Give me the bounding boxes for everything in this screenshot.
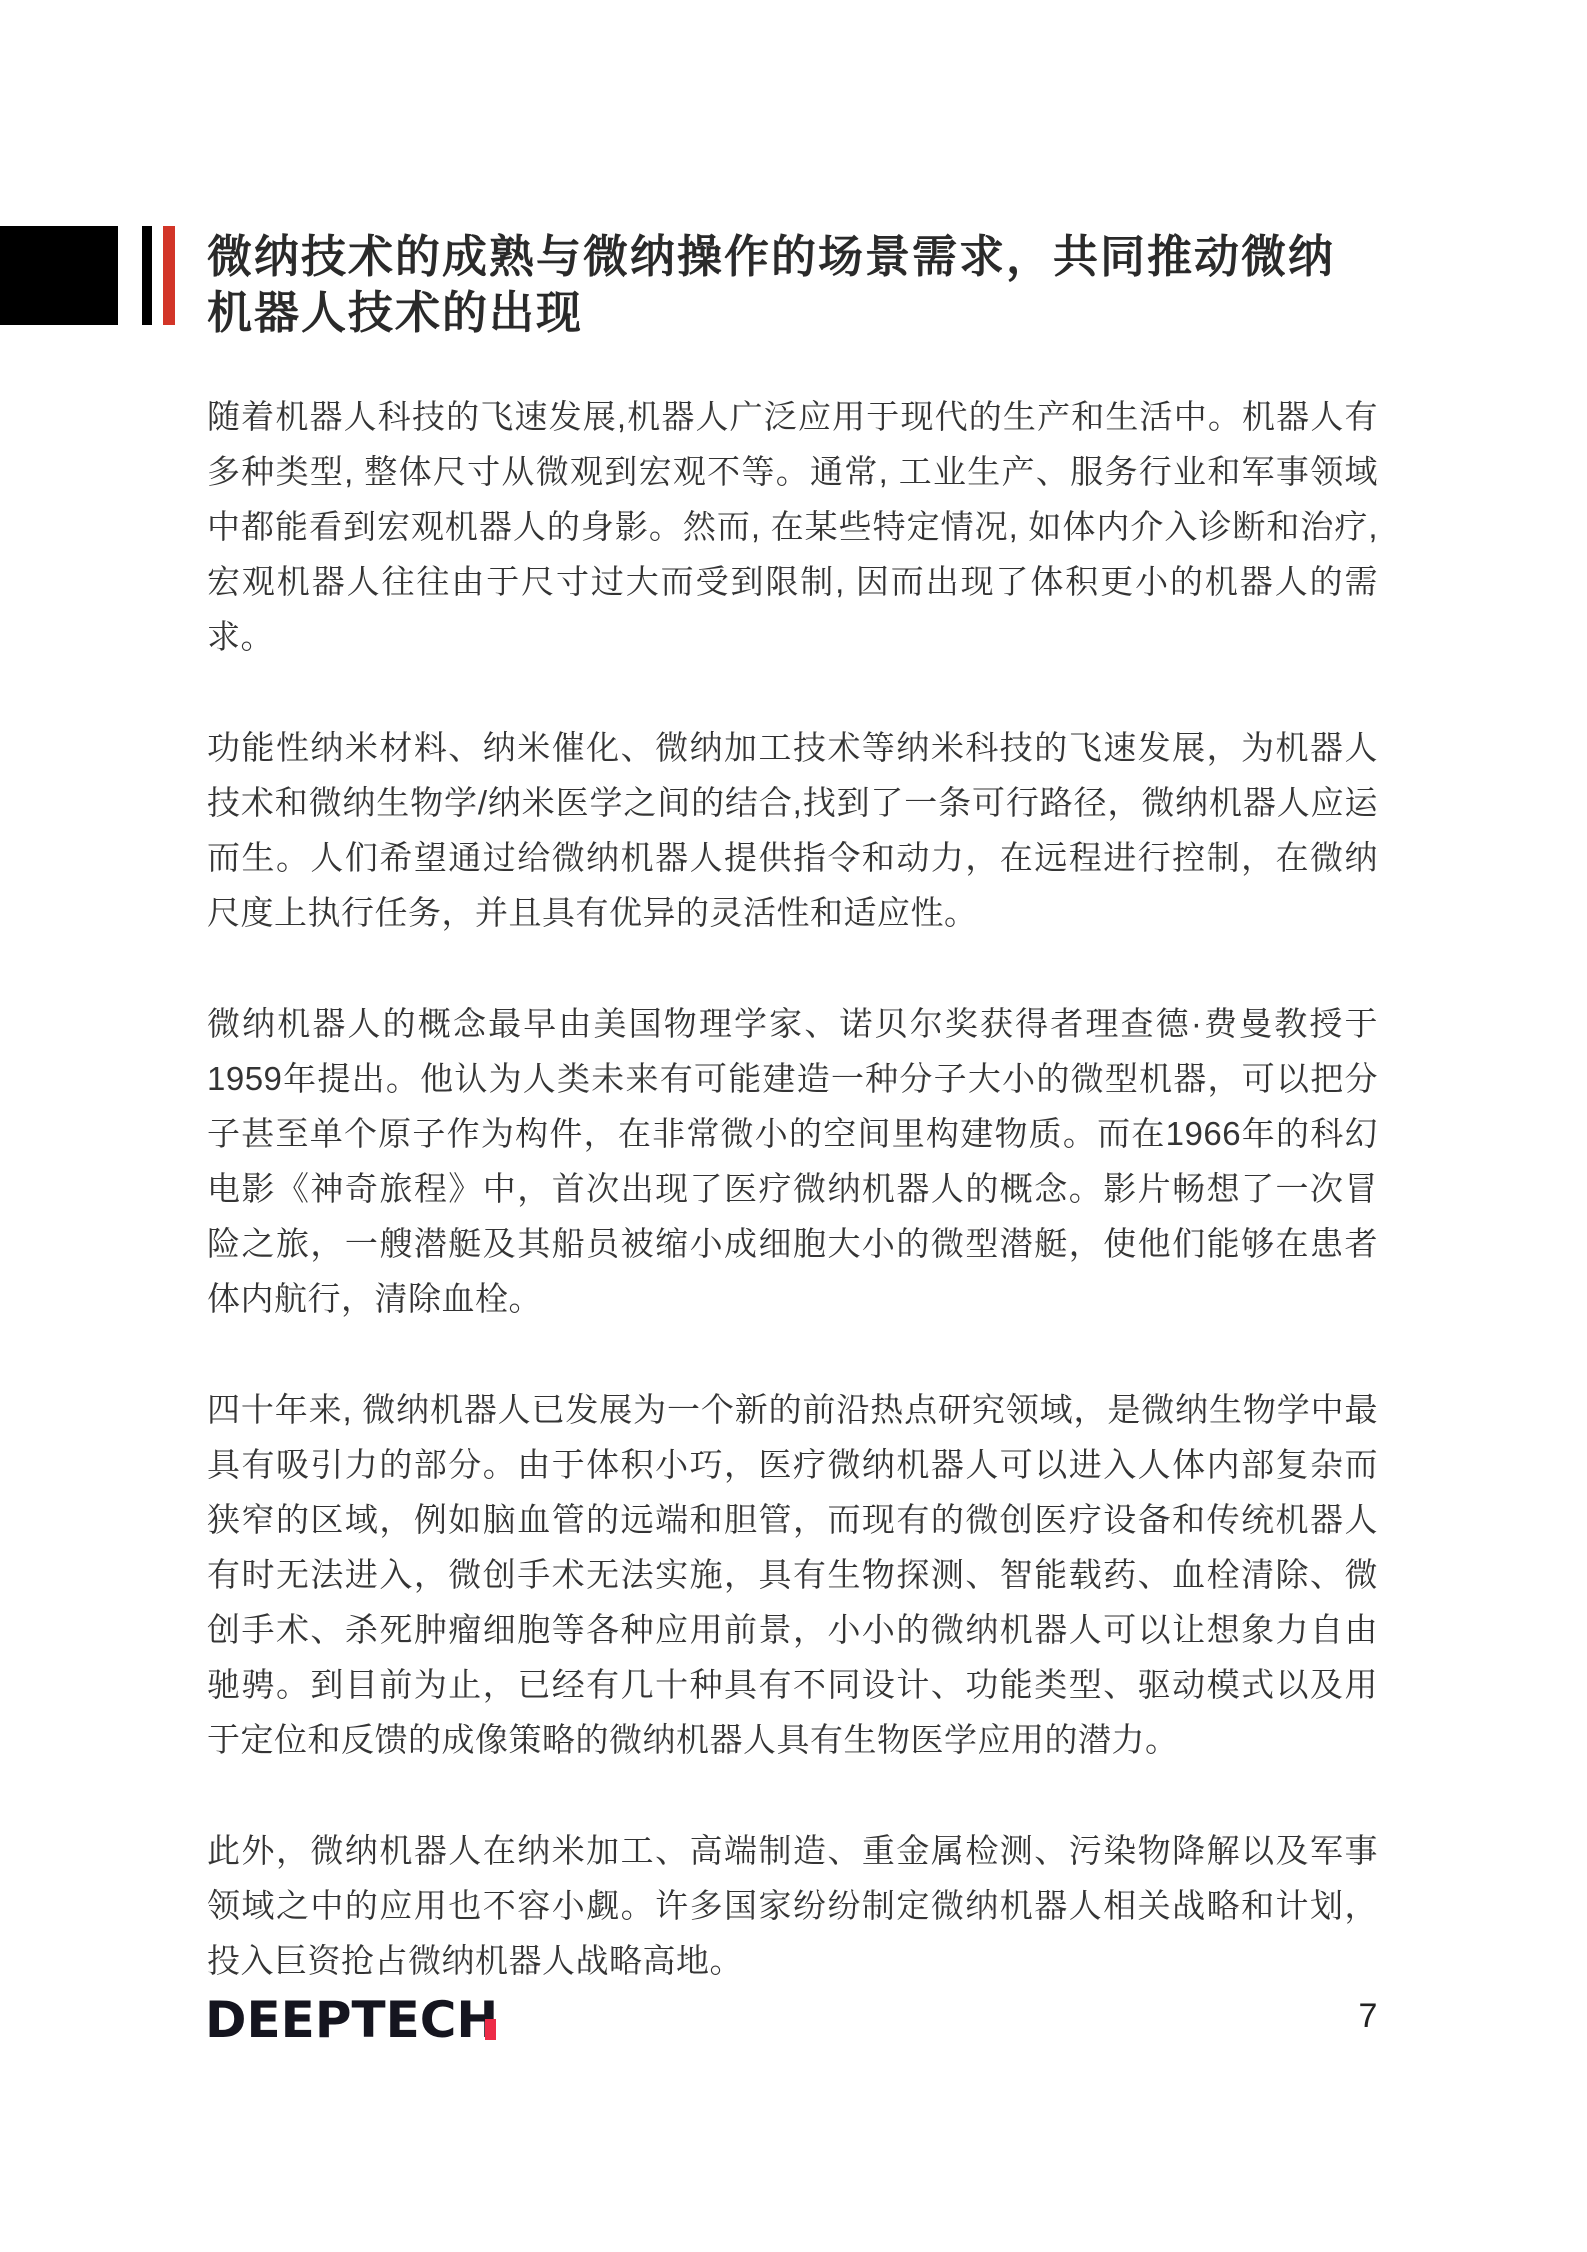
page-title: 微纳技术的成熟与微纳操作的场景需求，共同推动微纳 机器人技术的出现 [207,229,1447,341]
deeptech-logo-red-accent-icon [485,2019,496,2040]
paragraph-intro-robots: 随着机器人科技的飞速发展,机器人广泛应用于现代的生产和生活中。机器人有多种类型,… [207,389,1378,664]
header-accent-bar-black [142,226,152,325]
deeptech-logo: DEEPTECH [205,1999,498,2041]
paragraph-research-field: 四十年来, 微纳机器人已发展为一个新的前沿热点研究领域，是微纳生物学中最具有吸引… [207,1382,1378,1767]
header-accent-block [0,226,118,325]
paragraph-other-applications: 此外，微纳机器人在纳米加工、高端制造、重金属检测、污染物降解以及军事领域之中的应… [207,1823,1378,1988]
article-body: 随着机器人科技的飞速发展,机器人广泛应用于现代的生产和生活中。机器人有多种类型,… [207,389,1378,1988]
page-title-line-1: 微纳技术的成熟与微纳操作的场景需求，共同推动微纳 [207,229,1447,285]
header-accent-bar-red [163,226,175,325]
document-page: 微纳技术的成熟与微纳操作的场景需求，共同推动微纳 机器人技术的出现 随着机器人科… [0,0,1587,2252]
paragraph-nano-tech: 功能性纳米材料、纳米催化、微纳加工技术等纳米科技的飞速发展，为机器人技术和微纳生… [207,720,1378,940]
deeptech-logo-text: DEEPTECH [205,1991,498,2049]
page-number: 7 [1338,1996,1398,2036]
paragraph-feynman-history: 微纳机器人的概念最早由美国物理学家、诺贝尔奖获得者理查德·费曼教授于1959年提… [207,996,1378,1326]
page-title-line-2: 机器人技术的出现 [207,285,1447,341]
